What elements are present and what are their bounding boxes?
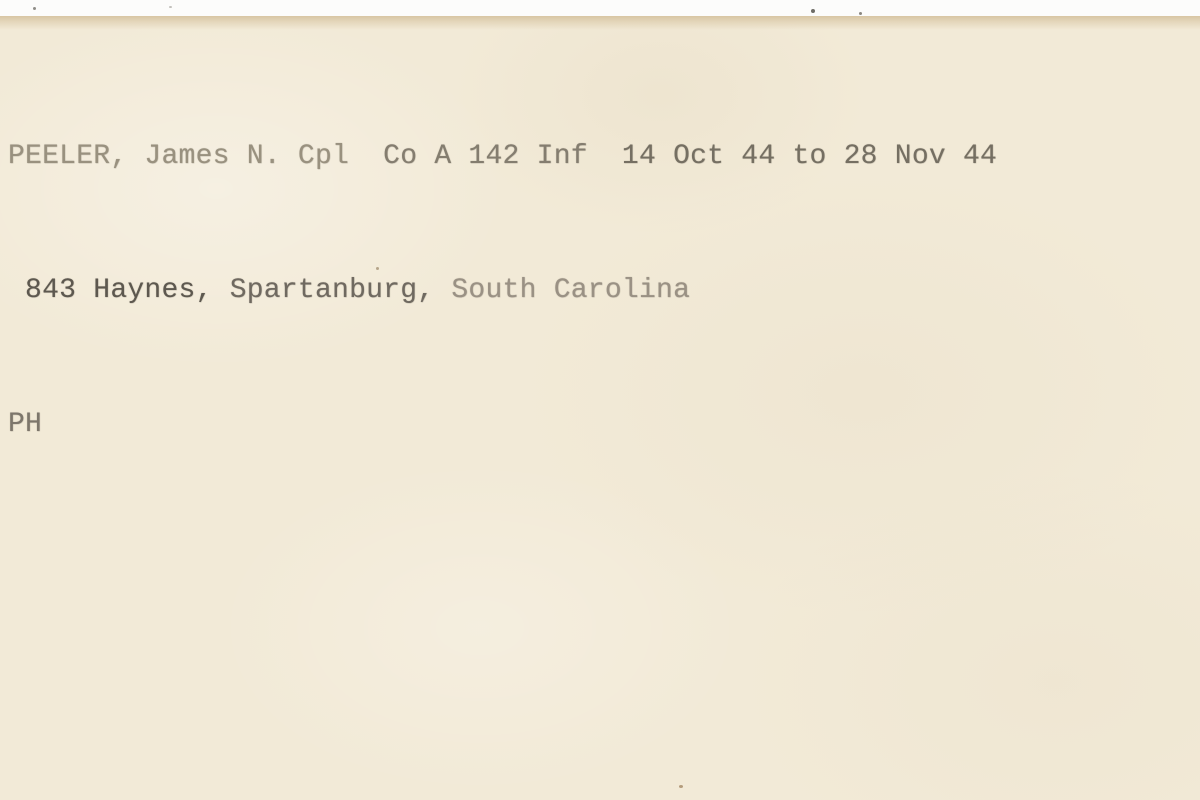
- scanner-background: PEELER, James N. Cpl Co A 142 Inf 14 Oct…: [0, 0, 1200, 800]
- typed-text-block: PEELER, James N. Cpl Co A 142 Inf 14 Oct…: [8, 39, 997, 542]
- typed-line-1: PEELER, James N. Cpl Co A 142 Inf 14 Oct…: [8, 140, 997, 174]
- dust-speck: [811, 9, 815, 13]
- dust-speck: [859, 12, 862, 15]
- dust-speck: [169, 6, 172, 8]
- typed-line-2: 843 Haynes, Spartanburg, South Carolina: [8, 274, 997, 308]
- dust-speck: [376, 267, 379, 270]
- serviceman-name-rank: PEELER, James N. Cpl: [8, 141, 349, 172]
- service-dates: 14 Oct 44 to 28 Nov 44: [588, 141, 997, 172]
- city: Spartanburg,: [213, 275, 435, 306]
- state: South Carolina: [434, 275, 690, 306]
- typed-line-3: PH: [8, 408, 997, 442]
- street-address: 843 Haynes,: [8, 275, 213, 306]
- card-top-edge-shadow: [0, 16, 1200, 30]
- unit-designation: Co A 142 Inf: [349, 141, 588, 172]
- index-card: PEELER, James N. Cpl Co A 142 Inf 14 Oct…: [0, 16, 1200, 800]
- dust-speck: [33, 7, 36, 10]
- award-abbreviation: PH: [8, 409, 42, 440]
- dust-speck: [679, 785, 683, 788]
